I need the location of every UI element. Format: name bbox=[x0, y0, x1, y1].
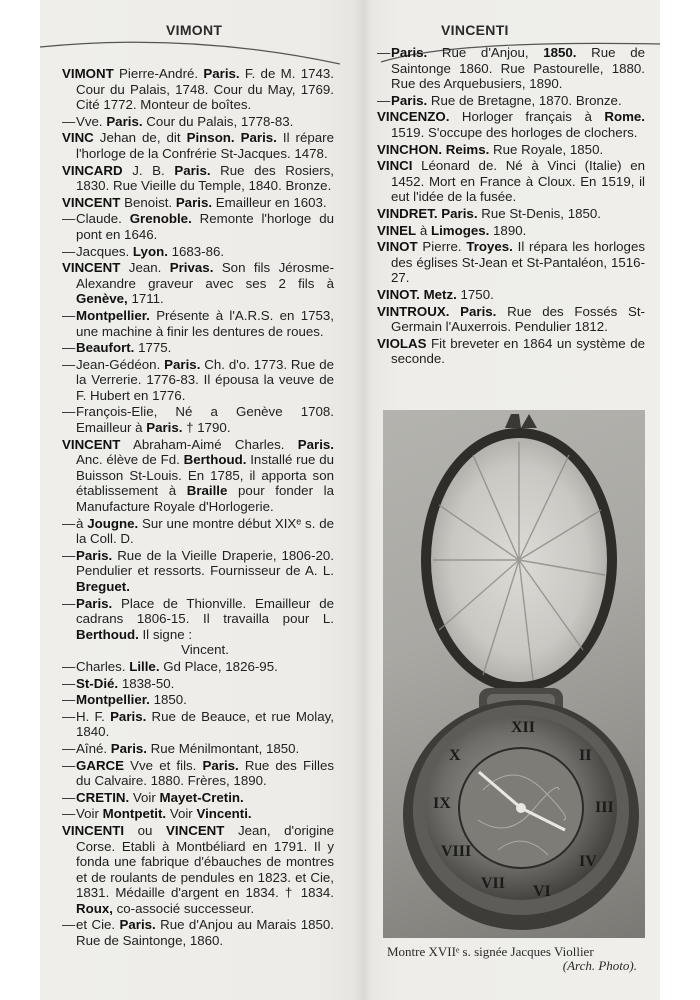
entry-vincenzo: VINCENZO. Horloger français à Rome. 1519… bbox=[377, 109, 645, 140]
entry-vinci: VINCI Léonard de. Né à Vinci (Italie) en… bbox=[377, 158, 645, 205]
entry-vincenti: VINCENTI ou VINCENT Jean, d'origine Cors… bbox=[62, 823, 334, 917]
entry-vincenti-paris-anjou: —Paris. Rue d'Anjou, 1850. Rue de Sainto… bbox=[377, 45, 645, 92]
entry-vimont: VIMONT Pierre-André. Paris. F. de M. 174… bbox=[62, 66, 334, 113]
entry-vincent-charles: —Charles. Lille. Gd Place, 1826-95. bbox=[62, 659, 334, 675]
svg-text:XII: XII bbox=[511, 719, 535, 736]
svg-text:IV: IV bbox=[579, 853, 597, 870]
entry-vincenti-paris-bretagne: —Paris. Rue de Bretagne, 1870. Bronze. bbox=[377, 93, 645, 109]
entry-vincent-st-die: —St-Dié. 1838-50. bbox=[62, 676, 334, 692]
book-spread: VIMONT VIMONT Pierre-André. Paris. F. de… bbox=[40, 0, 660, 1000]
entry-vincent-hf: —H. F. Paris. Rue de Beauce, et rue Mola… bbox=[62, 709, 334, 740]
left-page: VIMONT VIMONT Pierre-André. Paris. F. de… bbox=[40, 0, 363, 1000]
entry-vincent-benoist: VINCENT Benoist. Paris. Emailleur en 160… bbox=[62, 195, 334, 211]
caption-main: Montre XVIIᵉ s. signée Jacques Viollier bbox=[387, 944, 594, 959]
signature-line: Vincent. bbox=[76, 642, 334, 658]
entry-vincard: VINCARD J. B. Paris. Rue des Rosiers, 18… bbox=[62, 163, 334, 194]
entry-vintroux: VINTROUX. Paris. Rue des Fossés St-Germa… bbox=[377, 304, 645, 335]
figure-caption: Montre XVIIᵉ s. signée Jacques Viollier … bbox=[387, 945, 647, 973]
entry-vinel: VINEL à Limoges. 1890. bbox=[377, 223, 645, 239]
entry-vincent-paris-thionville: —Paris. Place de Thionville. Emailleur d… bbox=[62, 596, 334, 658]
entry-vincent-abraham: VINCENT Abraham-Aimé Charles. Paris. Anc… bbox=[62, 437, 334, 515]
right-column-text: —Paris. Rue d'Anjou, 1850. Rue de Sainto… bbox=[377, 45, 645, 368]
svg-text:II: II bbox=[579, 747, 591, 764]
entry-violas: VIOLAS Fit breveter en 1864 un système d… bbox=[377, 336, 645, 367]
entry-vincent-jougne: —à Jougne. Sur une montre début XIXᵉ s. … bbox=[62, 516, 334, 547]
entry-vimont-vve: —Vve. Paris. Cour du Palais, 1778-83. bbox=[62, 114, 334, 130]
entry-vincent-claude: —Claude. Grenoble. Remonte l'horloge du … bbox=[62, 211, 334, 242]
svg-text:IX: IX bbox=[433, 795, 451, 812]
watch-photograph: XII II III IV VI VII VIII IX X bbox=[383, 410, 645, 938]
entry-vincent-beaufort: —Beaufort. 1775. bbox=[62, 340, 334, 356]
entry-vinot-pierre: VINOT Pierre. Troyes. Il répara les horl… bbox=[377, 239, 645, 286]
svg-text:VII: VII bbox=[481, 875, 505, 892]
entry-vincent-garce: —GARCE Vve et fils. Paris. Rue des Fille… bbox=[62, 758, 334, 789]
entry-vinot-metz: VINOT. Metz. 1750. bbox=[377, 287, 645, 303]
entry-vinc: VINC Jehan de, dit Pinson. Paris. Il rép… bbox=[62, 130, 334, 161]
entry-vincent-francois-elie: —François-Elie, Né a Genève 1708. Emaill… bbox=[62, 404, 334, 435]
entry-vincent-jean: VINCENT Jean. Privas. Son fils Jérosme-A… bbox=[62, 260, 334, 307]
entry-vincenti-et-cie: —et Cie. Paris. Rue d'Anjou au Marais 18… bbox=[62, 917, 334, 948]
pocket-watch-illustration: XII II III IV VI VII VIII IX X bbox=[383, 410, 645, 938]
entry-vincent-montpellier-1850: —Montpellier. 1850. bbox=[62, 692, 334, 708]
svg-text:VI: VI bbox=[533, 883, 551, 900]
entry-vincent-voir: —Voir Montpetit. Voir Vincenti. bbox=[62, 806, 334, 822]
entry-vincent-jean-gedeon: —Jean-Gédéon. Paris. Ch. d'o. 1773. Rue … bbox=[62, 357, 334, 404]
svg-text:X: X bbox=[449, 747, 461, 764]
right-running-head: VINCENTI bbox=[441, 22, 509, 38]
entry-vinchon: VINCHON. Reims. Rue Royale, 1850. bbox=[377, 142, 645, 158]
left-column-text: VIMONT Pierre-André. Paris. F. de M. 174… bbox=[62, 66, 334, 950]
svg-text:VIII: VIII bbox=[441, 843, 471, 860]
entry-vincent-paris-draperie: —Paris. Rue de la Vieille Draperie, 1806… bbox=[62, 548, 334, 595]
right-page: VINCENTI —Paris. Rue d'Anjou, 1850. Rue … bbox=[363, 0, 660, 1000]
entry-vindret: VINDRET. Paris. Rue St-Denis, 1850. bbox=[377, 206, 645, 222]
entry-vincent-jacques: —Jacques. Lyon. 1683-86. bbox=[62, 244, 334, 260]
svg-text:III: III bbox=[595, 799, 614, 816]
entry-vincent-montpellier: —Montpellier. Présente à l'A.R.S. en 175… bbox=[62, 308, 334, 339]
entry-vincent-aine: —Aîné. Paris. Rue Ménilmontant, 1850. bbox=[62, 741, 334, 757]
entry-vincent-cretin: —CRETIN. Voir Mayet-Cretin. bbox=[62, 790, 334, 806]
caption-credit: (Arch. Photo). bbox=[387, 959, 647, 973]
